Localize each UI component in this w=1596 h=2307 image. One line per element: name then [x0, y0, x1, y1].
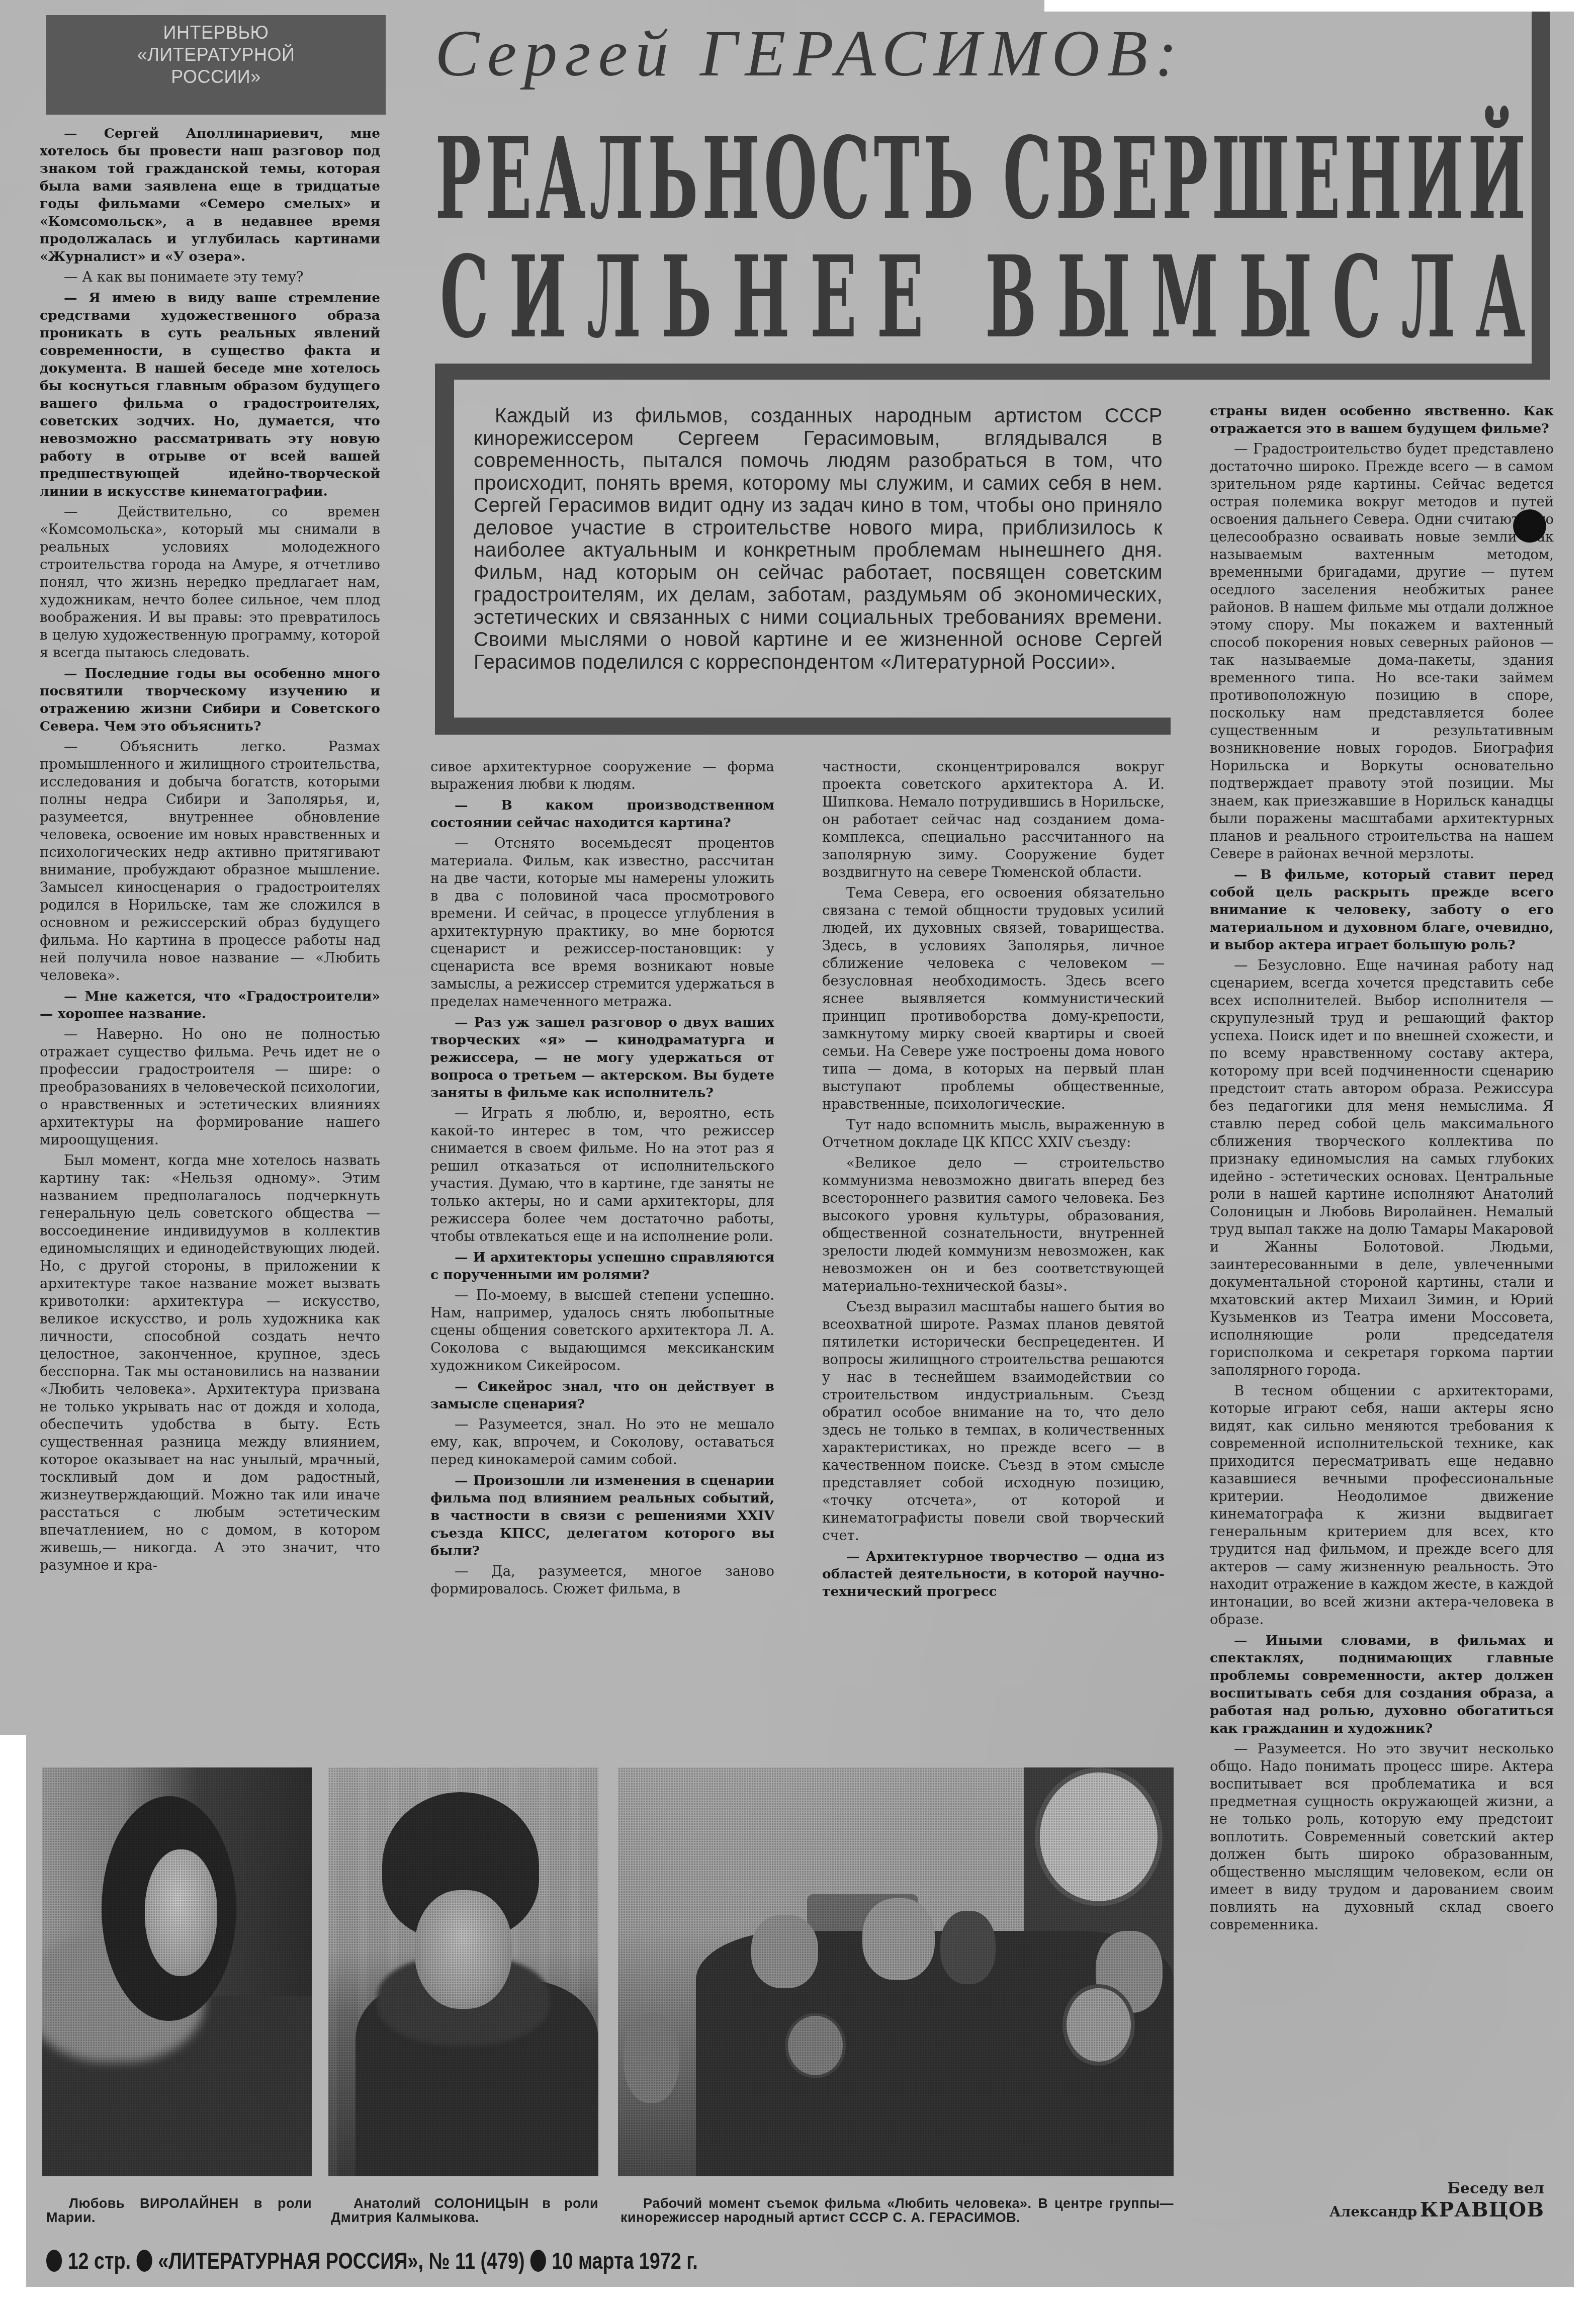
question-paragraph: страны виден особенно явственно. Как отр…	[1210, 402, 1554, 437]
answer-paragraph: — Безусловно. Еще начиная работу над сце…	[1210, 957, 1554, 1379]
photo-anatoly-solonitsyn	[328, 1767, 598, 2176]
answer-paragraph: Тут надо вспомнить мысль, выраженную в О…	[822, 1116, 1165, 1151]
question-paragraph: — Иными словами, в фильмах и спектаклях,…	[1210, 1632, 1554, 1737]
newspaper-page: ИНТЕРВЬЮ «ЛИТЕРАТУРНОЙ РОССИИ» Сергей ГЕ…	[0, 0, 1596, 2307]
question-paragraph: — Архитектурное творчество — одна из обл…	[822, 1548, 1165, 1601]
intro-lead-paragraph: Каждый из фильмов, созданных народным ар…	[474, 405, 1163, 673]
answer-paragraph: — Градостроительство будет представлено …	[1210, 440, 1554, 863]
question-paragraph: — Раз уж зашел разговор о двух ваших тво…	[430, 1014, 774, 1102]
answer-paragraph: — Отснято восемьдесят процентов материал…	[430, 835, 774, 1011]
question-paragraph: — В фильме, который ставит перед собой ц…	[1210, 866, 1554, 954]
bullet-icon	[137, 2250, 152, 2272]
footer-page-number: 12 стр.	[68, 2248, 131, 2274]
photo-shape-person	[940, 1911, 996, 1984]
question-paragraph: — Я имею в виду ваше стремление средства…	[40, 289, 380, 500]
answer-paragraph: сивое архитектурное сооружение — форма в…	[430, 758, 774, 793]
photo-shape-person	[862, 1898, 935, 1980]
answer-paragraph: В тесном общении с архитекторами, которы…	[1210, 1382, 1554, 1629]
frame-band-top	[435, 364, 1550, 380]
byline-author: Александр КРАВЦОВ	[1329, 2198, 1544, 2222]
question-paragraph: — И архитекторы успешно справляются с по…	[430, 1249, 774, 1284]
photo-shape-person	[624, 2013, 679, 2103]
photo-shape-megaphone	[1062, 1984, 1135, 2066]
photo-shape-face	[145, 1849, 218, 1976]
answer-paragraph: — Действительно, со времен «Комсомольска…	[40, 503, 380, 662]
article-column-4: страны виден особенно явственно. Как отр…	[1210, 402, 1554, 2175]
bullet-icon	[530, 2250, 546, 2272]
headline-title-line-1: РЕАЛЬНОСТЬ СВЕРШЕНИЙ	[435, 106, 1526, 244]
punch-hole-mark	[1513, 509, 1546, 543]
page-footer: 12 стр. «ЛИТЕРАТУРНАЯ РОССИЯ», № 11 (479…	[46, 2248, 698, 2274]
photo-shape-reflector	[1035, 1767, 1163, 1906]
byline-first-name: Александр	[1329, 2203, 1417, 2220]
byline-signature: Беседу вел Александр КРАВЦОВ	[1329, 2180, 1544, 2222]
photo-caption-film-set: Рабочий момент съемок фильма «Любить чел…	[620, 2196, 1174, 2225]
photo-lyubov-virolainen	[42, 1767, 312, 2176]
footer-publication: «ЛИТЕРАТУРНАЯ РОССИЯ», № 11 (479)	[158, 2248, 524, 2274]
answer-paragraph: — Объяснить легко. Размах промышленного …	[40, 738, 380, 985]
headline-title-line-2: СИЛЬНЕЕ ВЫМЫСЛА	[440, 232, 1526, 352]
frame-bar-left	[435, 364, 454, 735]
quotation-paragraph: «Великое дело — строительство коммунизма…	[822, 1155, 1165, 1295]
answer-paragraph: частности, сконцентрировался вокруг прое…	[822, 758, 1165, 881]
scan-margin-left	[0, 1735, 26, 2307]
question-paragraph: — Произошли ли изменения в сценарии филь…	[430, 1472, 774, 1560]
question-paragraph: — В каком производственном состоянии сей…	[430, 796, 774, 832]
frame-band-bottom	[435, 718, 1171, 735]
answer-paragraph: Был момент, когда мне хотелось назвать к…	[40, 1152, 380, 1574]
answer-paragraph: — Да, разумеется, многое заново формиров…	[430, 1563, 774, 1598]
photo-caption-solonitsyn: Анатолий СОЛОНИЦЫН в роли Дмитрия Калмык…	[331, 2196, 598, 2225]
answer-paragraph: Тема Севера, его освоения обязательно св…	[822, 884, 1165, 1113]
headline-author: Сергей ГЕРАСИМОВ:	[435, 16, 1177, 90]
answer-paragraph: — Разумеется. Но это звучит несколько об…	[1210, 1740, 1554, 1934]
answer-paragraph: — Наверно. Но оно не полностью отражает …	[40, 1026, 380, 1149]
question-paragraph: — Последние годы вы особенно много посвя…	[40, 665, 380, 735]
photo-film-set-working-moment	[618, 1767, 1174, 2176]
question-paragraph: — Сергей Аполлинариевич, мне хотелось бы…	[40, 125, 380, 265]
photo-caption-virolainen: Любовь ВИРОЛАЙНЕН в роли Марии.	[46, 2196, 312, 2225]
question-paragraph: — Мне кажется, что «Градостроители» — хо…	[40, 988, 380, 1023]
photo-shape-person	[751, 1915, 818, 1988]
byline-last-name: КРАВЦОВ	[1420, 2198, 1544, 2222]
footer-date: 10 марта 1972 г.	[552, 2248, 698, 2274]
article-column-3: частности, сконцентрировался вокруг прое…	[822, 758, 1165, 1739]
article-column-2: сивое архитектурное сооружение — форма в…	[430, 758, 774, 1739]
photo-shape-face	[415, 1890, 512, 2009]
answer-paragraph: — Разумеется, знал. Но это не мешало ему…	[430, 1416, 774, 1469]
answer-paragraph: — Играть я люблю, и, вероятно, есть како…	[430, 1105, 774, 1246]
answer-paragraph: Съезд выразил масштабы нашего бытия во в…	[822, 1298, 1165, 1545]
article-column-1: — Сергей Аполлинариевич, мне хотелось бы…	[40, 125, 380, 1739]
byline-label: Беседу вел	[1329, 2180, 1544, 2198]
answer-paragraph: — А как вы понимаете эту тему?	[40, 269, 380, 286]
frame-bar-right	[1532, 12, 1550, 380]
photo-shape-megaphone	[785, 2013, 846, 2078]
bullet-icon	[46, 2250, 62, 2272]
answer-paragraph: — По-моему, в высшей степени успешно. На…	[430, 1287, 774, 1375]
question-paragraph: — Сикейрос знал, что он действует в замы…	[430, 1378, 774, 1413]
